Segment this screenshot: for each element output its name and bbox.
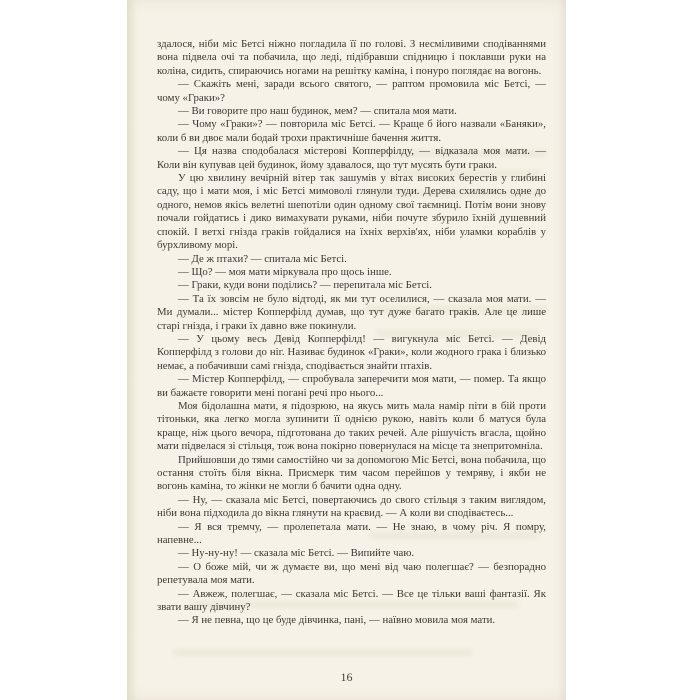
paragraph: здалося, ніби міс Бетсі ніжно погладила … bbox=[157, 38, 546, 78]
paragraph: — Ну, — сказала міс Бетсі, повертаючись … bbox=[157, 494, 546, 521]
scanned-book-screenshot: здалося, ніби міс Бетсі ніжно погладила … bbox=[0, 0, 700, 700]
page-number: 16 bbox=[127, 670, 566, 685]
paragraph: — Ну-ну-ну! — сказала міс Бетсі. — Випий… bbox=[157, 547, 546, 560]
paragraph: — О боже мій, чи ж думаєте ви, що мені в… bbox=[157, 561, 546, 588]
paragraph: — Ви говорите про наш будинок, мем? — сп… bbox=[157, 105, 546, 118]
paragraph: — Чому «Граки»? — повторила міс Бетсі. —… bbox=[157, 118, 546, 145]
paragraph: Прийшовши до тями самостійно чи за допом… bbox=[157, 454, 546, 494]
page-showthrough-mark bbox=[173, 649, 473, 656]
paragraph: Моя бідолашна мати, я підозрюю, на якусь… bbox=[157, 400, 546, 454]
paragraph: — У цьому весь Девід Копперфілд! — вигук… bbox=[157, 333, 546, 373]
paragraph: — Я не певна, що це буде дівчинка, пані,… bbox=[157, 614, 546, 627]
text-block: здалося, ніби міс Бетсі ніжно погладила … bbox=[157, 38, 546, 628]
paragraph: — Містер Копперфілд, — спробувала запере… bbox=[157, 373, 546, 400]
paragraph: — Авжеж, полегшає, — сказала міс Бетсі. … bbox=[157, 588, 546, 615]
paragraph: — Де ж птахи? — спитала міс Бетсі. bbox=[157, 253, 546, 266]
paragraph: — Ця назва сподобалася містерові Копперф… bbox=[157, 145, 546, 172]
paragraph: — Скажіть мені, заради всього святого, —… bbox=[157, 78, 546, 105]
paragraph: — Граки, куди вони поділись? — перепитал… bbox=[157, 279, 546, 292]
paragraph: — Я вся тремчу, — пролепетала мати. — Не… bbox=[157, 521, 546, 548]
book-page-scan: здалося, ніби міс Бетсі ніжно погладила … bbox=[127, 0, 566, 700]
paragraph: — Що? — моя мати міркувала про щось інше… bbox=[157, 266, 546, 279]
paragraph: — Та їх зовсім не було відтоді, як ми ту… bbox=[157, 293, 546, 333]
paragraph: У цю хвилину вечірній вітер так зашумів … bbox=[157, 172, 546, 252]
